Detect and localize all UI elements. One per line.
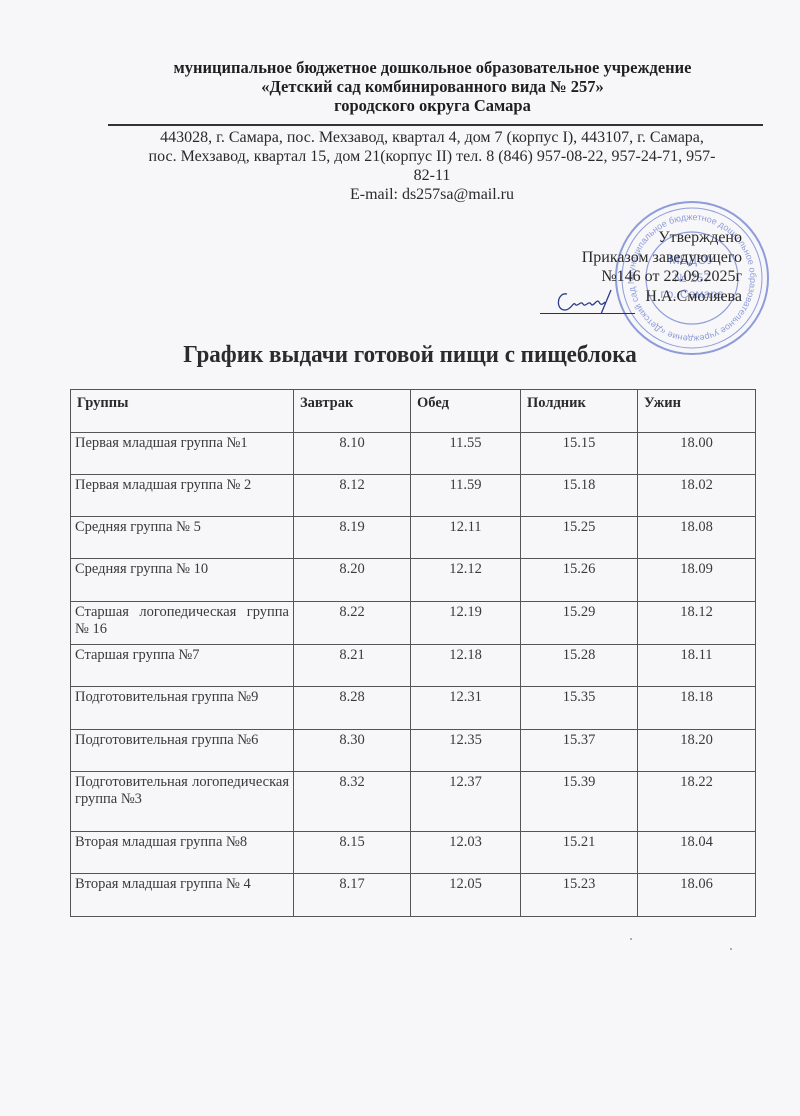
meal-schedule-table: Группы Завтрак Обед Полдник Ужин Первая … <box>70 389 756 917</box>
cell-lunch-time: 12.19 <box>411 602 521 645</box>
table-row: Подготовительная группа №68.3012.3515.37… <box>71 730 756 772</box>
cell-breakfast-time: 8.10 <box>294 433 411 475</box>
table-row: Первая младшая группа № 28.1211.5915.181… <box>71 475 756 517</box>
cell-dinner-time: 18.18 <box>638 687 756 730</box>
table-header-row: Группы Завтрак Обед Полдник Ужин <box>71 390 756 433</box>
cell-group: Вторая младшая группа №8 <box>71 832 294 874</box>
header-lunch: Обед <box>411 390 521 433</box>
org-district: городского округа Самара <box>100 96 765 115</box>
cell-lunch-time: 11.59 <box>411 475 521 517</box>
cell-snack-time: 15.23 <box>521 874 638 917</box>
cell-dinner-time: 18.04 <box>638 832 756 874</box>
cell-breakfast-time: 8.17 <box>294 874 411 917</box>
approval-heading: Утверждено <box>582 228 742 248</box>
cell-dinner-time: 18.09 <box>638 559 756 602</box>
cell-group: Старшая группа №7 <box>71 645 294 687</box>
cell-group: Подготовительная логопедическая группа №… <box>71 772 294 832</box>
cell-lunch-time: 12.35 <box>411 730 521 772</box>
cell-snack-time: 15.35 <box>521 687 638 730</box>
cell-group: Средняя группа № 5 <box>71 517 294 559</box>
cell-breakfast-time: 8.21 <box>294 645 411 687</box>
table-row: Подготовительная группа №98.2812.3115.35… <box>71 687 756 730</box>
cell-lunch-time: 12.05 <box>411 874 521 917</box>
table-row: Средняя группа № 108.2012.1215.2618.09 <box>71 559 756 602</box>
table-row: Вторая младшая группа №88.1512.0315.2118… <box>71 832 756 874</box>
cell-dinner-time: 18.06 <box>638 874 756 917</box>
address-line-3: 82-11 <box>92 166 772 185</box>
cell-snack-time: 15.37 <box>521 730 638 772</box>
cell-dinner-time: 18.08 <box>638 517 756 559</box>
approval-order-number: №146 от 22.09.2025г <box>582 267 742 287</box>
header-breakfast: Завтрак <box>294 390 411 433</box>
cell-breakfast-time: 8.22 <box>294 602 411 645</box>
cell-lunch-time: 12.03 <box>411 832 521 874</box>
cell-dinner-time: 18.11 <box>638 645 756 687</box>
cell-breakfast-time: 8.28 <box>294 687 411 730</box>
header-dinner: Ужин <box>638 390 756 433</box>
signature-icon <box>553 288 623 316</box>
scan-speck <box>630 938 632 940</box>
cell-snack-time: 15.39 <box>521 772 638 832</box>
cell-dinner-time: 18.12 <box>638 602 756 645</box>
cell-dinner-time: 18.00 <box>638 433 756 475</box>
cell-breakfast-time: 8.20 <box>294 559 411 602</box>
table-row: Первая младшая группа №18.1011.5515.1518… <box>71 433 756 475</box>
cell-breakfast-time: 8.15 <box>294 832 411 874</box>
cell-group: Первая младшая группа № 2 <box>71 475 294 517</box>
cell-breakfast-time: 8.19 <box>294 517 411 559</box>
cell-snack-time: 15.18 <box>521 475 638 517</box>
cell-breakfast-time: 8.32 <box>294 772 411 832</box>
letterhead-address: 443028, г. Самара, пос. Мехзавод, кварта… <box>92 128 772 204</box>
cell-snack-time: 15.15 <box>521 433 638 475</box>
letterhead-divider <box>108 124 763 126</box>
cell-snack-time: 15.26 <box>521 559 638 602</box>
table-row: Подготовительная логопедическая группа №… <box>71 772 756 832</box>
cell-lunch-time: 11.55 <box>411 433 521 475</box>
cell-group: Старшая логопедическая группа № 16 <box>71 602 294 645</box>
cell-dinner-time: 18.20 <box>638 730 756 772</box>
approval-order: Приказом заведующего <box>582 248 742 268</box>
table-row: Старшая группа №78.2112.1815.2818.11 <box>71 645 756 687</box>
address-line-1: 443028, г. Самара, пос. Мехзавод, кварта… <box>92 128 772 147</box>
cell-snack-time: 15.25 <box>521 517 638 559</box>
cell-group: Первая младшая группа №1 <box>71 433 294 475</box>
scan-speck <box>730 948 732 950</box>
cell-dinner-time: 18.22 <box>638 772 756 832</box>
cell-group: Подготовительная группа №6 <box>71 730 294 772</box>
cell-lunch-time: 12.37 <box>411 772 521 832</box>
cell-lunch-time: 12.18 <box>411 645 521 687</box>
cell-dinner-time: 18.02 <box>638 475 756 517</box>
cell-breakfast-time: 8.30 <box>294 730 411 772</box>
cell-lunch-time: 12.12 <box>411 559 521 602</box>
cell-snack-time: 15.28 <box>521 645 638 687</box>
cell-group: Подготовительная группа №9 <box>71 687 294 730</box>
table-row: Средняя группа № 58.1912.1115.2518.08 <box>71 517 756 559</box>
letterhead-organization: муниципальное бюджетное дошкольное образ… <box>100 58 765 115</box>
cell-group: Средняя группа № 10 <box>71 559 294 602</box>
cell-lunch-time: 12.31 <box>411 687 521 730</box>
table-row: Вторая младшая группа № 48.1712.0515.231… <box>71 874 756 917</box>
org-type: муниципальное бюджетное дошкольное образ… <box>100 58 765 77</box>
cell-group: Вторая младшая группа № 4 <box>71 874 294 917</box>
cell-breakfast-time: 8.12 <box>294 475 411 517</box>
org-name: «Детский сад комбинированного вида № 257… <box>100 77 765 96</box>
cell-snack-time: 15.29 <box>521 602 638 645</box>
cell-lunch-time: 12.11 <box>411 517 521 559</box>
header-snack: Полдник <box>521 390 638 433</box>
table-row: Старшая логопедическая группа № 168.2212… <box>71 602 756 645</box>
cell-snack-time: 15.21 <box>521 832 638 874</box>
header-groups: Группы <box>71 390 294 433</box>
address-line-2: пос. Мехзавод, квартал 15, дом 21(корпус… <box>92 147 772 166</box>
